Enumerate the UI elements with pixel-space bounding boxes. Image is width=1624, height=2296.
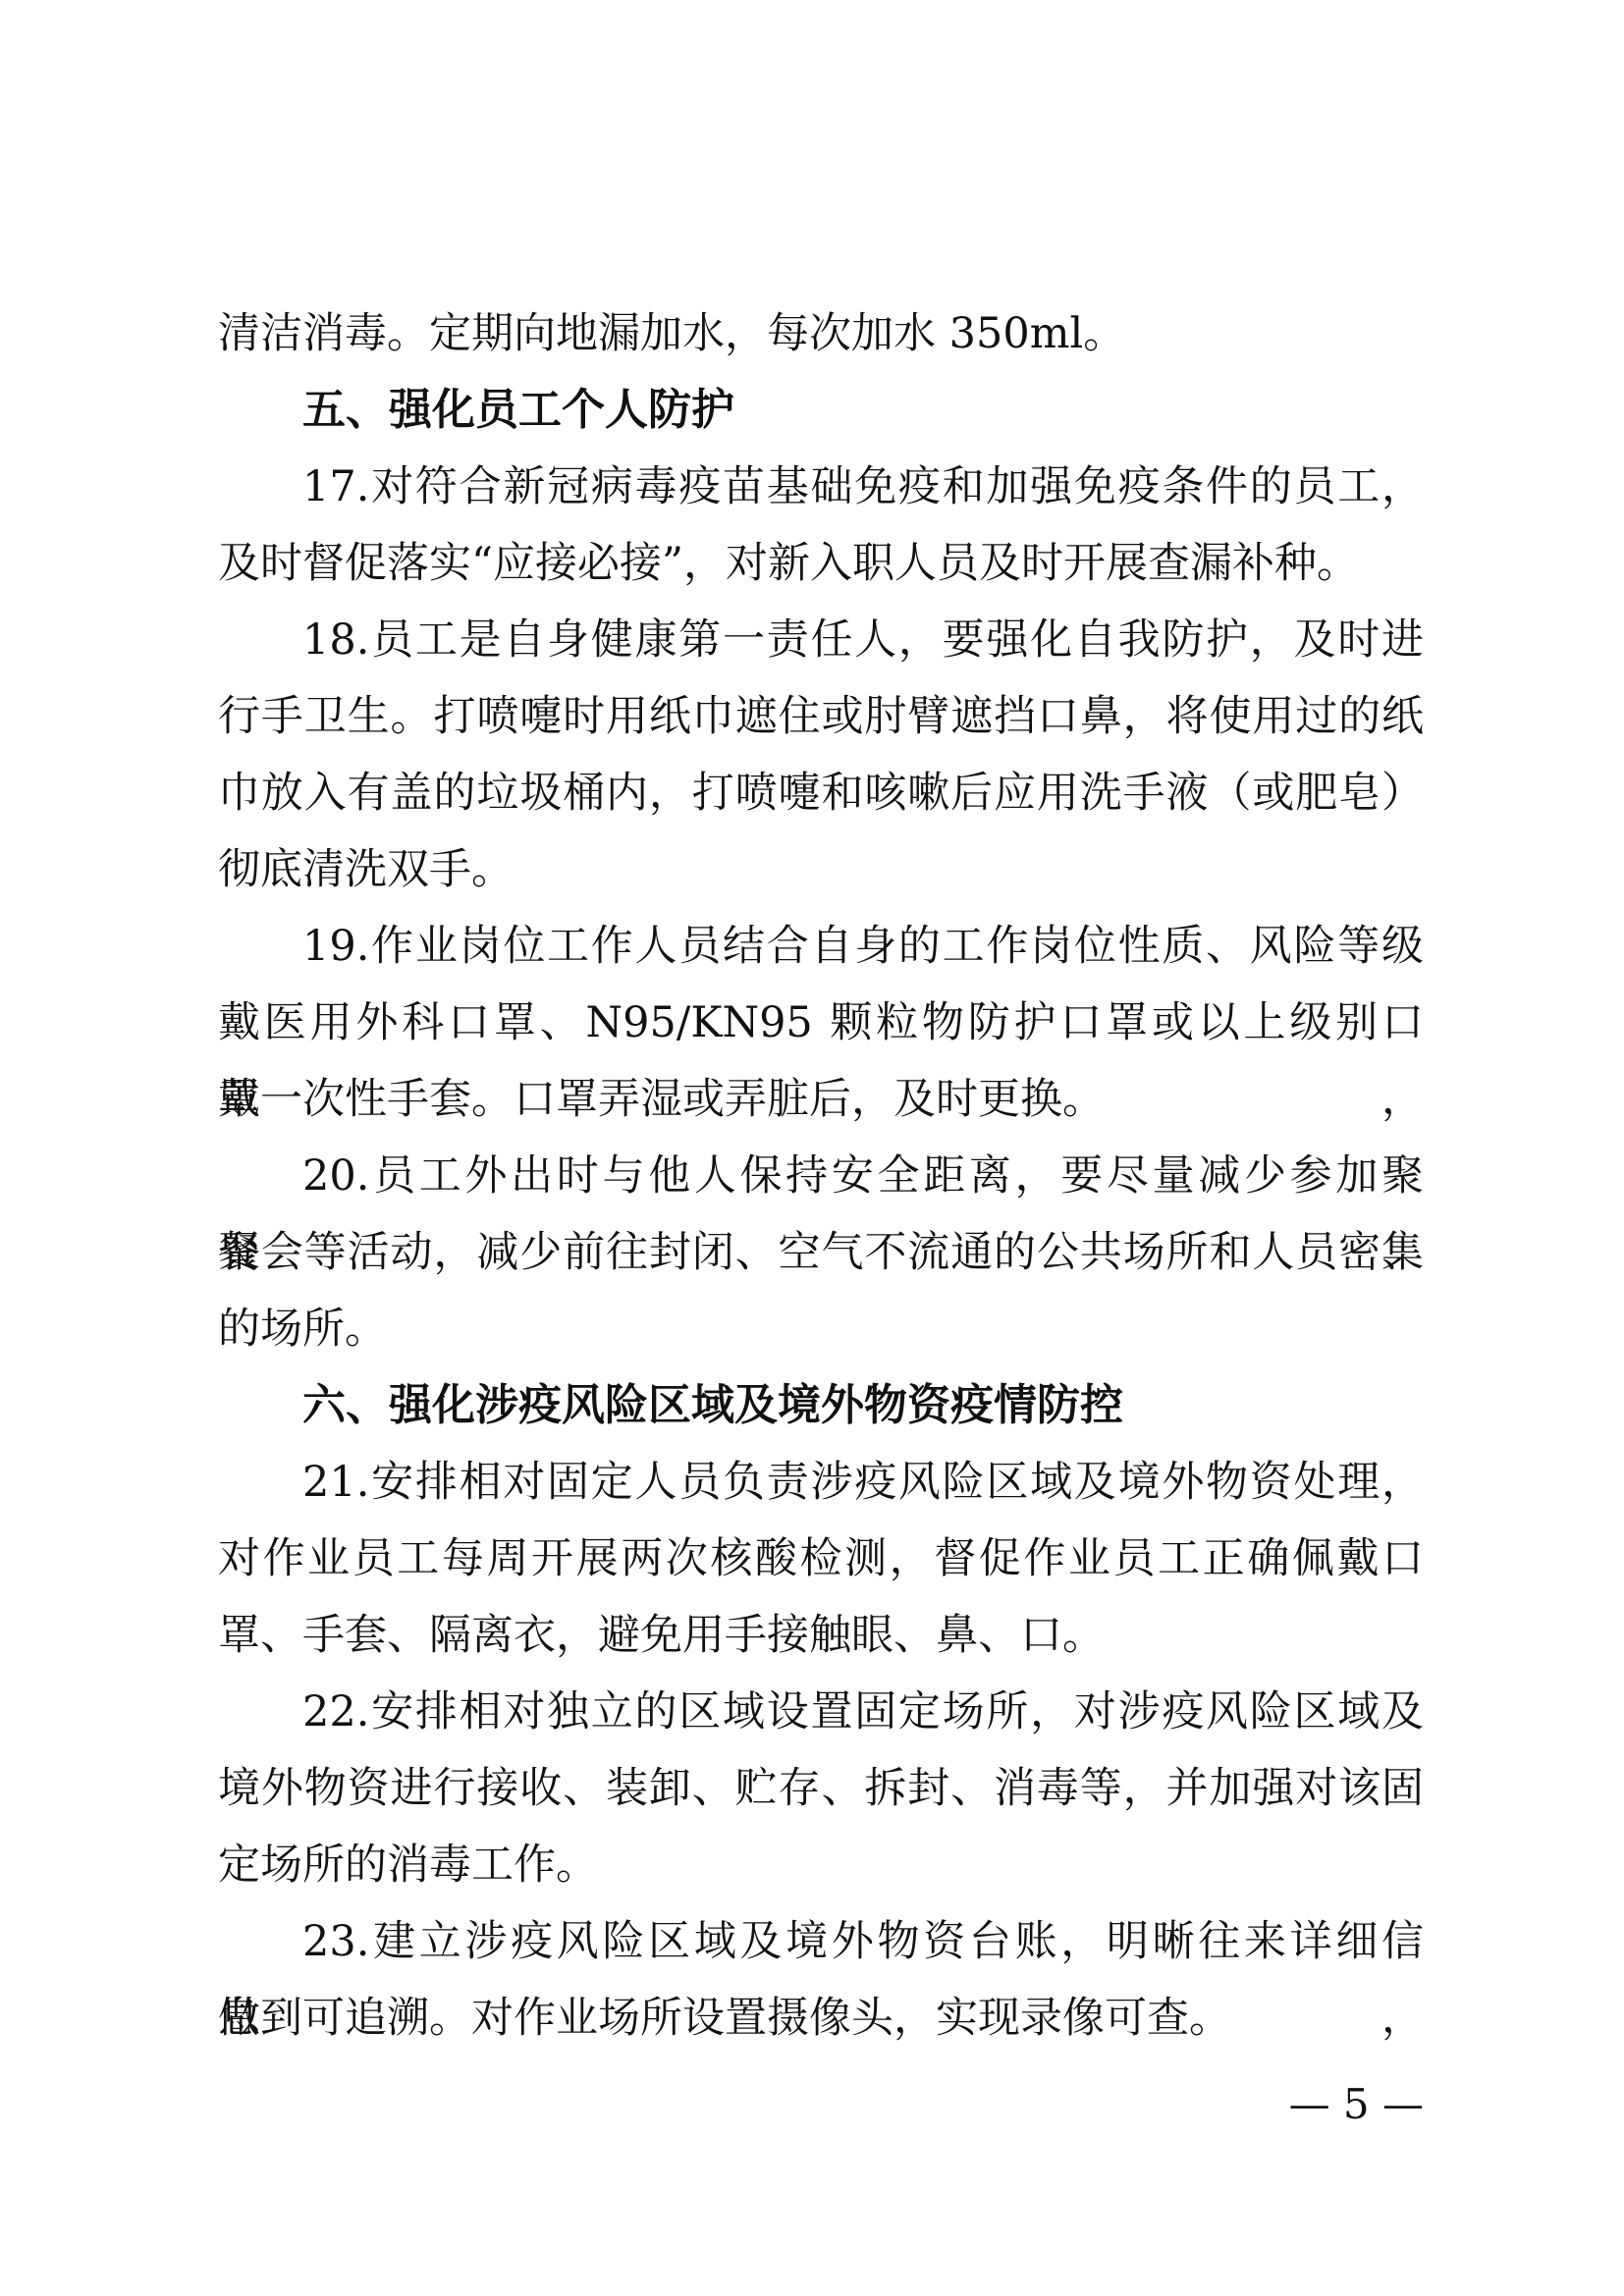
text-line: 19.作业岗位工作人员结合自身的工作岗位性质、风险等级 — [218, 908, 1424, 985]
text-line: 20.员工外出时与他人保持安全距离，要尽量减少参加聚餐、 — [218, 1138, 1424, 1214]
text-line: 22.安排相对独立的区域设置固定场所，对涉疫风险区域及 — [218, 1674, 1424, 1750]
document-page: 清洁消毒。定期向地漏加水，每次加水 350ml。五、强化员工个人防护17.对符合… — [0, 0, 1624, 2296]
text-line: 21.安排相对固定人员负责涉疫风险区域及境外物资处理， — [218, 1444, 1424, 1521]
text-line: 的场所。 — [218, 1291, 1424, 1367]
text-line: 巾放入有盖的垃圾桶内，打喷嚏和咳嗽后应用洗手液（或肥皂） — [218, 755, 1424, 831]
text-line: 罩、手套、隔离衣，避免用手接触眼、鼻、口。 — [218, 1597, 1424, 1674]
section-heading: 五、强化员工个人防护 — [218, 372, 1424, 449]
text-line: 17.对符合新冠病毒疫苗基础免疫和加强免疫条件的员工， — [218, 449, 1424, 525]
text-line: 戴医用外科口罩、N95/KN95 颗粒物防护口罩或以上级别口罩， — [218, 985, 1424, 1061]
text-line: 行手卫生。打喷嚏时用纸巾遮住或肘臂遮挡口鼻，将使用过的纸 — [218, 678, 1424, 755]
text-line: 境外物资进行接收、装卸、贮存、拆封、消毒等，并加强对该固 — [218, 1750, 1424, 1827]
text-line: 23.建立涉疫风险区域及境外物资台账，明晰往来详细信息， — [218, 1903, 1424, 1980]
text-line: 清洁消毒。定期向地漏加水，每次加水 350ml。 — [218, 295, 1424, 372]
text-line: 对作业员工每周开展两次核酸检测，督促作业员工正确佩戴口 — [218, 1521, 1424, 1597]
section-heading: 六、强化涉疫风险区域及境外物资疫情防控 — [218, 1367, 1424, 1444]
text-line: 定场所的消毒工作。 — [218, 1827, 1424, 1903]
text-line: 彻底清洗双手。 — [218, 831, 1424, 908]
text-line: 及时督促落实“应接必接”，对新入职人员及时开展查漏补种。 — [218, 525, 1424, 602]
page-body: 清洁消毒。定期向地漏加水，每次加水 350ml。五、强化员工个人防护17.对符合… — [218, 295, 1424, 2056]
text-line: 18.员工是自身健康第一责任人，要强化自我防护，及时进 — [218, 602, 1424, 678]
page-number: — 5 — — [1289, 2077, 1424, 2132]
text-line: 聚会等活动，减少前往封闭、空气不流通的公共场所和人员密集 — [218, 1214, 1424, 1291]
